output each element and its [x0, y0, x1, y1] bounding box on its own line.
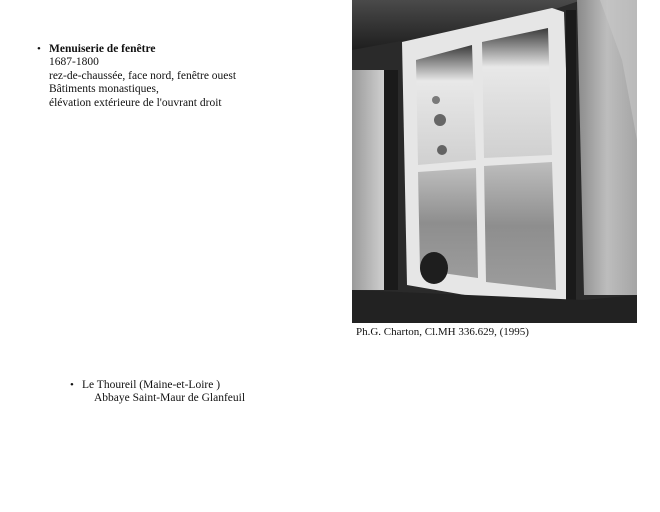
entry-title: Menuiserie de fenêtre — [49, 43, 236, 56]
entry-date: 1687-1800 — [49, 56, 236, 69]
window-photograph — [352, 0, 637, 323]
bullet-icon: • — [37, 43, 41, 56]
entry-block: • Menuiserie de fenêtre 1687-1800 rez-de… — [49, 43, 236, 110]
location-block: • Le Thoureil (Maine-et-Loire ) Abbaye S… — [82, 379, 245, 406]
entry-building: Bâtiments monastiques, — [49, 83, 236, 96]
entry-elevation: élévation extérieure de l'ouvrant droit — [49, 97, 236, 110]
location-place: Le Thoureil (Maine-et-Loire ) — [82, 379, 245, 392]
entry-location-detail: rez-de-chaussée, face nord, fenêtre oues… — [49, 70, 236, 83]
bullet-icon: • — [70, 379, 74, 392]
photo-caption: Ph.G. Charton, Cl.MH 336.629, (1995) — [356, 326, 529, 338]
location-site: Abbaye Saint-Maur de Glanfeuil — [82, 392, 245, 405]
